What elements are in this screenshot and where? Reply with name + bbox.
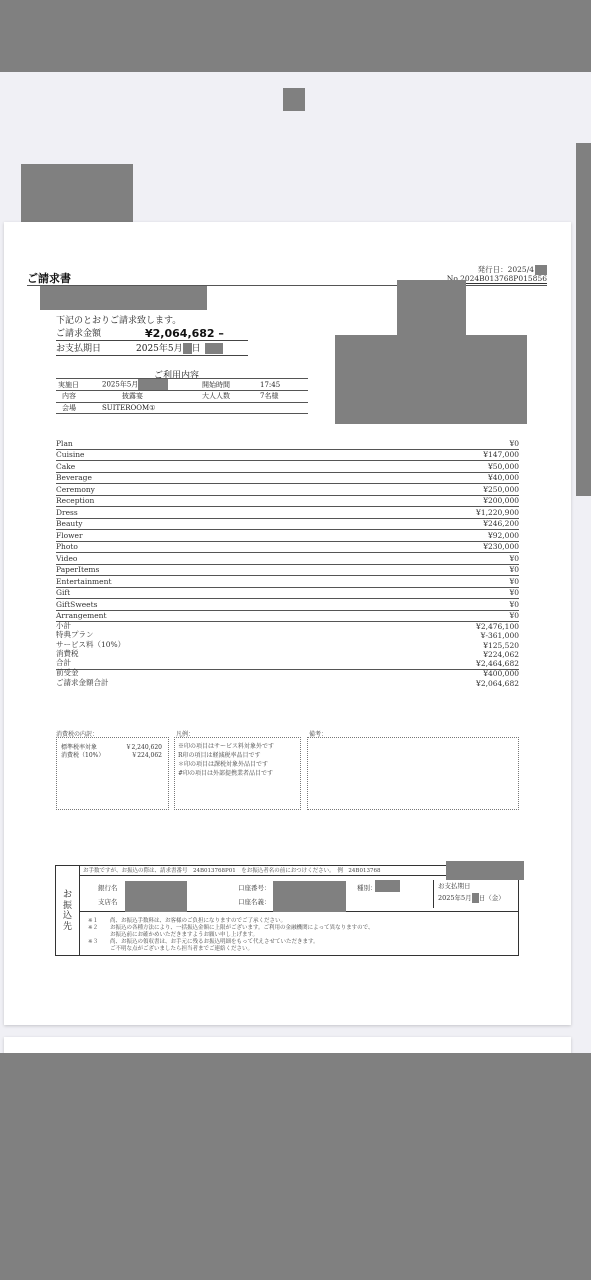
redacted-example-id [446, 861, 524, 880]
line-item-value: ¥50,000 [488, 462, 519, 471]
line-item-value: ¥92,000 [488, 531, 519, 540]
line-item-row: Cake¥50,000 [56, 461, 519, 473]
line-item-row: Entertainment¥0 [56, 576, 519, 588]
document-title: ご請求書 [27, 270, 71, 286]
legend-line: ※印の項目はサービス料対象外です [178, 741, 274, 750]
line-item-row: Gift¥0 [56, 588, 519, 600]
usage-cell: 17:45 [258, 379, 308, 391]
payment-due-label: お支払期日 [438, 880, 505, 892]
summary-value: ¥-361,000 [481, 631, 519, 640]
redacted-recipient [40, 286, 207, 310]
redacted-footer-bar [0, 1053, 591, 1280]
line-item-name: Beverage [56, 473, 92, 482]
account-type-label: 種別： [357, 883, 377, 892]
invoice-page: ご請求書 発行日：2025/4 No.2024B013768P015856 下記… [4, 222, 571, 1025]
line-item-row: Ceremony¥250,000 [56, 484, 519, 496]
redacted-account [273, 881, 346, 912]
summary-row: 特典プラン¥-361,000 [56, 632, 519, 642]
tax-breakdown-box: 標準税率対象 ￥2,240,620 消費税（10%） ￥224,062 [56, 737, 169, 810]
redacted-label [21, 164, 133, 222]
legend-line: #印の項目は外部提携業者品目です [178, 768, 273, 777]
redacted-company-info [335, 335, 527, 424]
line-item-row: Flower¥92,000 [56, 530, 519, 542]
summary-name: 合計 [56, 657, 71, 668]
legend-line: ＊印の項目は課税対象外品目です [178, 759, 268, 768]
tax-row-value: ￥224,062 [131, 750, 162, 759]
line-item-value: ¥0 [509, 439, 519, 448]
line-item-name: Reception [56, 496, 94, 505]
line-item-value: ¥0 [509, 600, 519, 609]
line-item-name: Cuisine [56, 450, 84, 459]
summary-value: ¥125,520 [483, 641, 519, 650]
line-items: Plan¥0Cuisine¥147,000Cake¥50,000Beverage… [56, 438, 519, 689]
summary-row: 消費税¥224,062 [56, 651, 519, 661]
line-item-row: Cuisine¥147,000 [56, 450, 519, 462]
payment-due-value: 2025年5月日（金） [438, 892, 505, 904]
line-item-name: Cake [56, 462, 75, 471]
summary-value: ¥2,464,682 [476, 659, 519, 668]
legend-box: ※印の項目はサービス料対象外です R印の項目は軽減税率品目です ＊印の項目は課税… [174, 737, 301, 810]
line-item-value: ¥0 [509, 588, 519, 597]
usage-table: 実施日 2025年5月 開始時間 17:45 内容 披露宴 大人人数 7名様 会… [56, 378, 308, 414]
branch-name-label: 支店名 [98, 897, 118, 906]
line-item-value: ¥0 [509, 611, 519, 620]
usage-cell: 開始時間 [200, 379, 258, 391]
line-item-name: Plan [56, 439, 73, 448]
bank-details: 銀行名 支店名 口座番号： 口座名義： 種別： お支払期日 2025年5月日（金… [80, 876, 518, 912]
line-item-row: Beauty¥246,200 [56, 519, 519, 531]
line-item-value: ¥1,220,900 [476, 508, 519, 517]
billing-amount-value: ¥2,064,682 – [145, 327, 224, 340]
note-mark: ※２ [88, 923, 98, 931]
line-item-value: ¥250,000 [483, 485, 519, 494]
line-item-value: ¥40,000 [488, 473, 519, 482]
line-item-name: Ceremony [56, 485, 95, 494]
usage-cell: 披露宴 [100, 391, 200, 403]
usage-cell: 実施日 [56, 379, 100, 391]
note-text: ご不明な点がございましたら担当者までご連絡ください。 [110, 944, 253, 952]
line-item-name: PaperItems [56, 565, 99, 574]
due-date-row: お支払期日 2025年5月日 [56, 342, 248, 356]
usage-cell: 大人人数 [200, 391, 258, 403]
note-mark: ※３ [88, 937, 98, 945]
line-item-row: Dress¥1,220,900 [56, 507, 519, 519]
line-item-value: ¥0 [509, 577, 519, 586]
redacted-title-icon [283, 88, 305, 111]
payment-due: お支払期日 2025年5月日（金） [433, 880, 505, 908]
legend-line: R印の項目は軽減税率品目です [178, 750, 261, 759]
summary-row: 合計¥2,464,682 [56, 660, 519, 670]
line-item-name: Gift [56, 588, 70, 597]
line-item-name: GiftSweets [56, 600, 97, 609]
usage-cell: SUITEROOM① [100, 402, 308, 414]
bank-side-label: お振込先 [56, 866, 80, 955]
line-item-value: ¥0 [509, 554, 519, 563]
line-item-value: ¥246,200 [483, 519, 519, 528]
scrollbar[interactable] [576, 143, 591, 496]
line-item-value: ¥230,000 [483, 542, 519, 551]
line-item-row: Arrangement¥0 [56, 611, 519, 623]
summary-value: ¥2,064,682 [476, 679, 519, 688]
account-number-label: 口座番号： [238, 883, 271, 892]
line-item-row: Plan¥0 [56, 438, 519, 450]
line-item-value: ¥200,000 [483, 496, 519, 505]
billing-amount-row: ご請求金額 ¥2,064,682 – [56, 327, 248, 341]
tax-row-label: 消費税（10%） [61, 750, 104, 759]
line-item-row: GiftSweets¥0 [56, 599, 519, 611]
bank-name-label: 銀行名 [98, 883, 118, 892]
summary-row: サービス料（10%）¥125,520 [56, 641, 519, 651]
redacted-bank-name [125, 881, 187, 912]
usage-cell: 7名様 [258, 391, 308, 403]
line-item-name: Flower [56, 531, 83, 540]
line-item-value: ¥147,000 [483, 450, 519, 459]
remarks-box [307, 737, 519, 810]
line-item-name: Dress [56, 508, 78, 517]
line-item-name: Photo [56, 542, 78, 551]
summary-row: 前受金¥400,000 [56, 670, 519, 680]
redacted-header-bar [0, 0, 591, 72]
due-date-label: お支払期日 [56, 341, 101, 354]
line-item-value: ¥0 [509, 565, 519, 574]
line-item-name: Video [56, 554, 77, 563]
summary-value: ¥2,476,100 [476, 622, 519, 631]
line-item-row: Photo¥230,000 [56, 542, 519, 554]
summary-row: 小計¥2,476,100 [56, 622, 519, 632]
intro-text: 下記のとおりご請求致します。 [56, 313, 181, 326]
line-item-row: Reception¥200,000 [56, 496, 519, 508]
due-date-value: 2025年5月日 [136, 341, 223, 354]
line-item-name: Beauty [56, 519, 83, 528]
redacted-company-stamp [397, 280, 466, 336]
usage-cell: 会場 [56, 402, 100, 414]
billing-amount-label: ご請求金額 [56, 326, 101, 339]
account-name-label: 口座名義： [238, 897, 271, 906]
summary-name: ご請求金額合計 [56, 677, 109, 688]
line-item-row: Beverage¥40,000 [56, 473, 519, 485]
summary-value: ¥400,000 [483, 669, 519, 678]
usage-cell: 内容 [56, 391, 100, 403]
usage-cell: 2025年5月 [100, 379, 200, 391]
summary-row: ご請求金額合計¥2,064,682 [56, 679, 519, 689]
line-item-name: Entertainment [56, 577, 111, 586]
line-item-row: PaperItems¥0 [56, 565, 519, 577]
redacted-account-type [375, 880, 400, 892]
line-item-row: Video¥0 [56, 553, 519, 565]
